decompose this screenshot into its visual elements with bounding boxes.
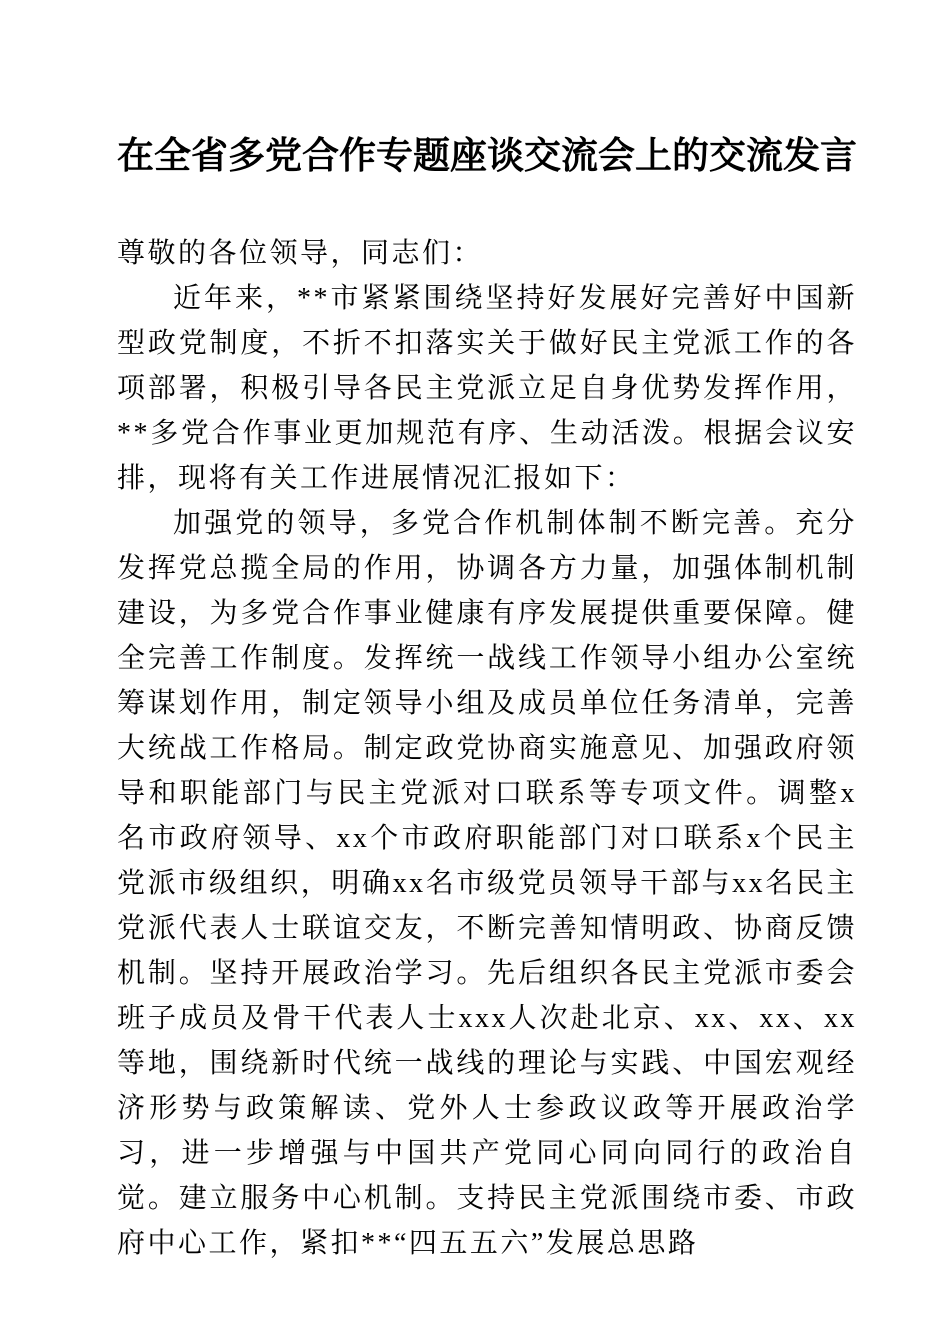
document-body: 尊敬的各位领导，同志们：近年来，**市紧紧围绕坚持好发展好完善好中国新型政党制度… bbox=[117, 231, 857, 1266]
document-page: 在全省多党合作专题座谈交流会上的交流发言 尊敬的各位领导，同志们：近年来，**市… bbox=[0, 0, 950, 1344]
paragraph: 近年来，**市紧紧围绕坚持好发展好完善好中国新型政党制度，不折不扣落实关于做好民… bbox=[117, 276, 857, 501]
document-content: 在全省多党合作专题座谈交流会上的交流发言 尊敬的各位领导，同志们：近年来，**市… bbox=[117, 128, 857, 1266]
paragraph: 加强党的领导，多党合作机制体制不断完善。充分发挥党总揽全局的作用，协调各方力量，… bbox=[117, 501, 857, 1266]
document-title: 在全省多党合作专题座谈交流会上的交流发言 bbox=[117, 128, 857, 186]
paragraph: 尊敬的各位领导，同志们： bbox=[117, 231, 857, 276]
